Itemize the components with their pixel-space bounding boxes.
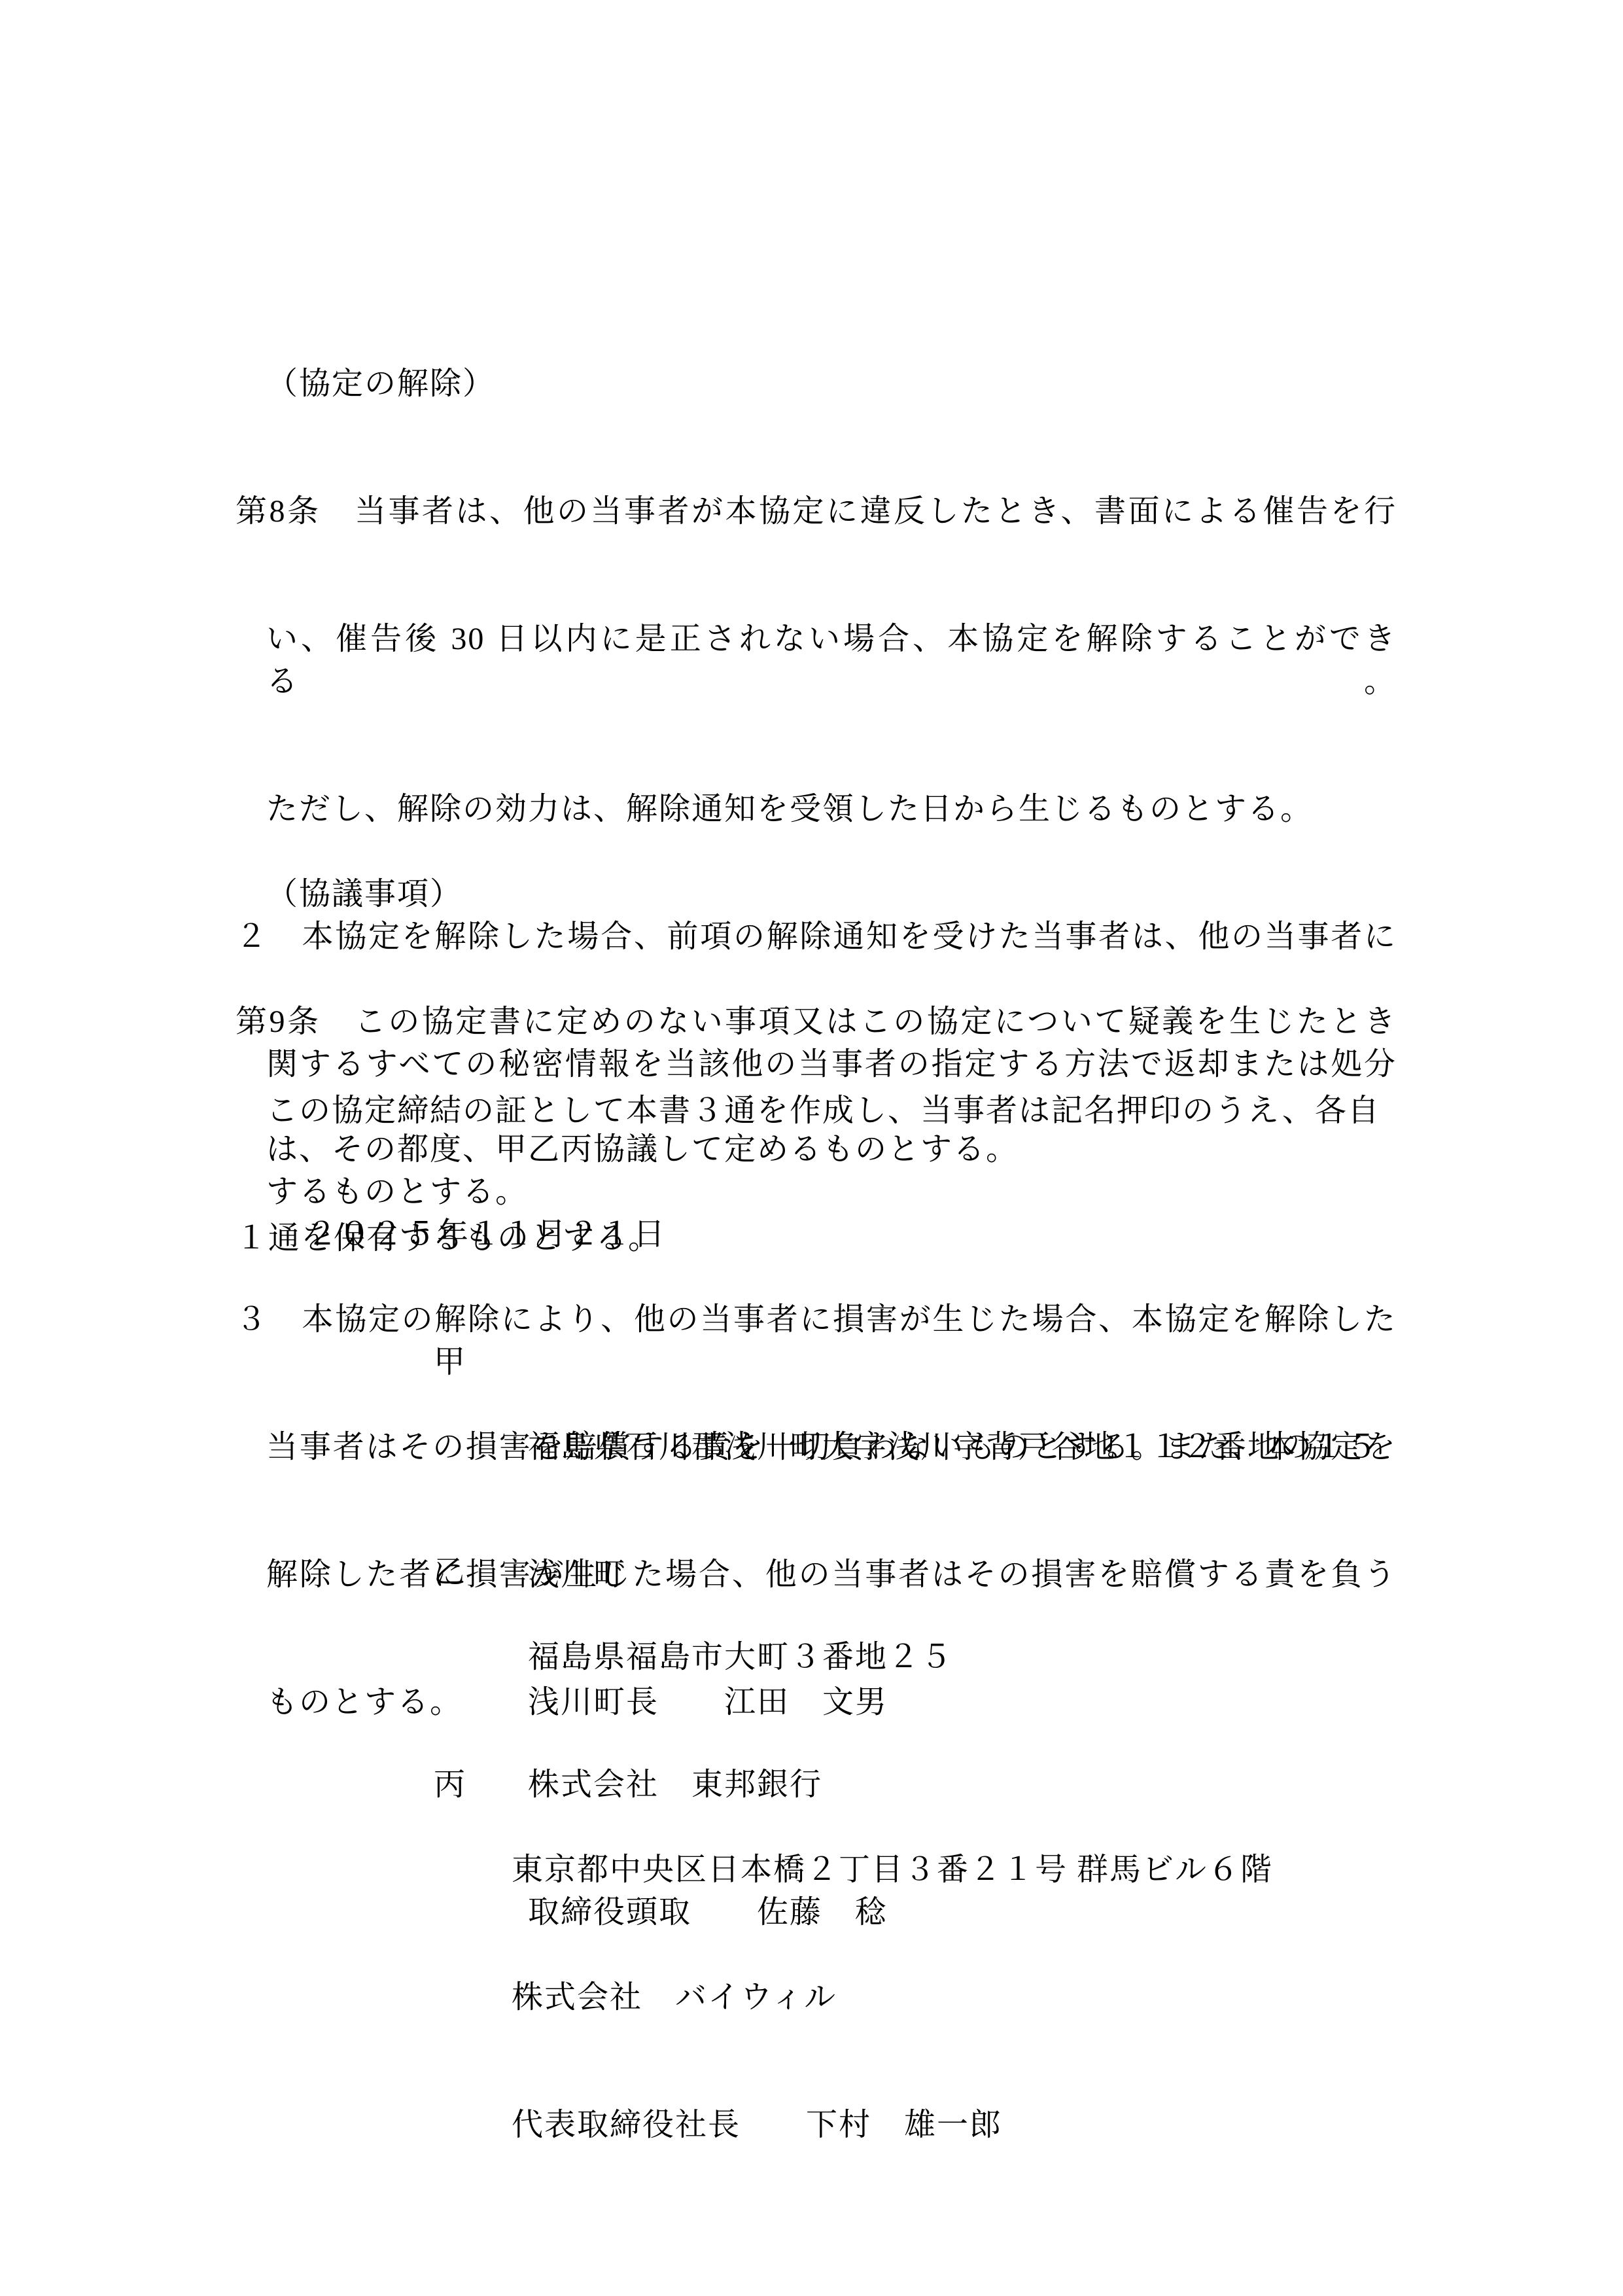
- signatory-otsu-address: 福島県福島市大町３番地２５: [528, 1636, 953, 1678]
- clause-heading-termination: （協定の解除）: [236, 362, 1397, 405]
- signatory-block-hei: 丙 東京都中央区日本橋２丁目３番２１号 群馬ビル６階 株式会社 バイウィル 代表…: [434, 1763, 1273, 2231]
- article-8-clause1-line-2: い、催告後 30 日以内に是正されない場合、本協定を解除することができる。: [236, 618, 1397, 703]
- signatory-hei-representative: 代表取締役社長 下村 雄一郎: [512, 2104, 1273, 2146]
- article-8-clause1-line-1: 第8条 当事者は、他の当事者が本協定に違反したとき、書面による催告を行: [236, 490, 1397, 533]
- signatory-label-otsu: 乙: [434, 1551, 528, 1593]
- date-line: ２０２５年１１月２１日: [306, 1213, 666, 1256]
- signatory-label-hei: 丙: [434, 1763, 512, 1806]
- signatory-hei-organization: 株式会社 バイウィル: [512, 1976, 1273, 2019]
- closing-statement: この協定締結の証として本書３通を作成し、当事者は記名押印のうえ、各自 １通を保有…: [236, 1004, 1397, 1345]
- document-page: （協定の解除） 第8条 当事者は、他の当事者が本協定に違反したとき、書面による催…: [0, 0, 1623, 2296]
- closing-line-1: この協定締結の証として本書３通を作成し、当事者は記名押印のうえ、各自: [236, 1089, 1397, 1132]
- signatory-kou-address: 福島県石川郡浅川町大字浅川字背戸谷地１１２番地の１５: [528, 1426, 1378, 1468]
- clause-heading-consultation: （協議事項）: [236, 873, 1397, 915]
- signatory-lines-hei: 東京都中央区日本橋２丁目３番２１号 群馬ビル６階 株式会社 バイウィル 代表取締…: [512, 1763, 1273, 2231]
- signatory-hei-address: 東京都中央区日本橋２丁目３番２１号 群馬ビル６階: [512, 1848, 1273, 1891]
- signatory-label-kou: 甲: [434, 1341, 528, 1383]
